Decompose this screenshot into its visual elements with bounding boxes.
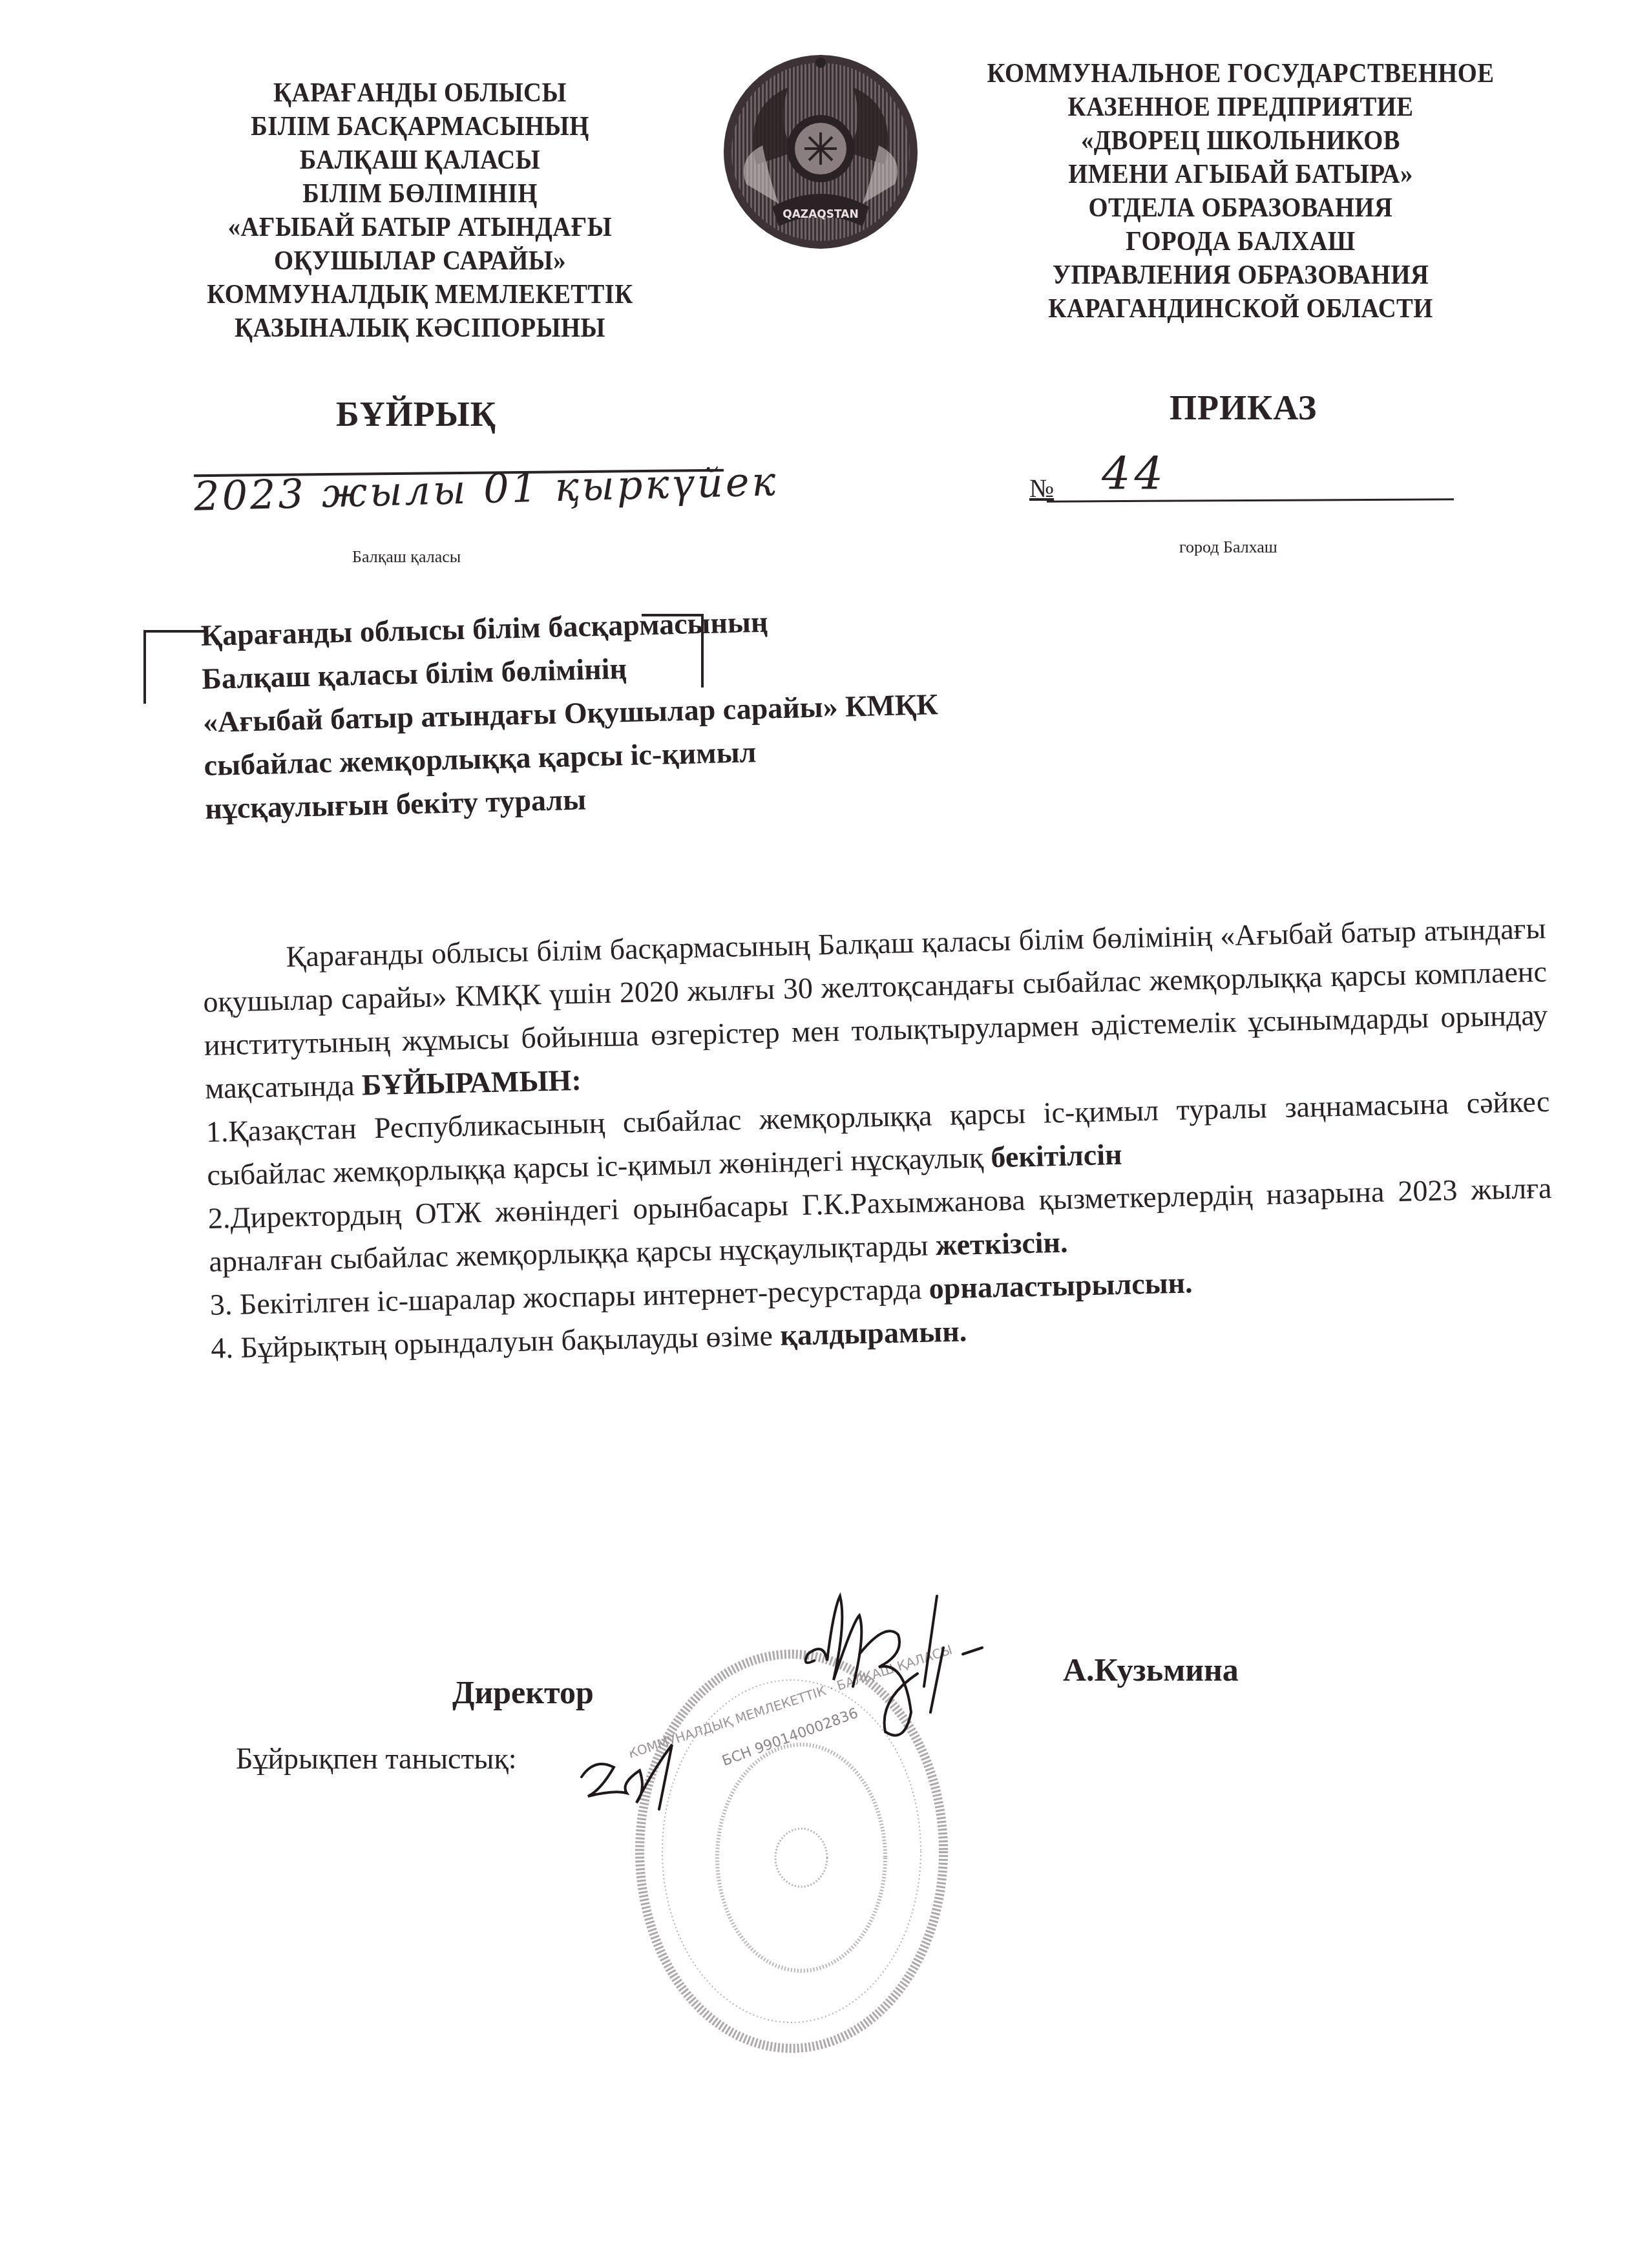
header-right-line: ГОРОДА БАЛХАШ (979, 225, 1502, 258)
order-item-text: 4. Бұйрықтың орындалуын бақылауды өзіме (211, 1319, 773, 1365)
order-title-ru: ПРИКАЗ (1170, 388, 1317, 428)
header-left-line: БАЛҚАШ ҚАЛАСЫ (182, 143, 658, 177)
order-word: БҰЙЫРАМЫН: (361, 1064, 582, 1102)
order-body: Қарағанды облысы білім басқармасының Бал… (202, 907, 1555, 1370)
order-number-handwritten: 44 (1102, 447, 1167, 500)
header-left-line: ҚАЗЫНАЛЫҚ КӘСІПОРЫНЫ (182, 311, 658, 345)
director-signature-icon (788, 1583, 1008, 1816)
order-subject: Қарағанды облысы білім басқармасының Бал… (200, 590, 1175, 830)
number-sign: № (1029, 473, 1054, 503)
order-date-handwritten: 2023 жылы 01 қыркүйек (193, 457, 779, 520)
corner-mark-left (143, 630, 205, 704)
preamble-paragraph: Қарағанды облысы білім басқармасының Бал… (202, 907, 1549, 1110)
director-name: А.Кузьмина (1063, 1651, 1239, 1688)
header-left-line: «АҒЫБАЙ БАТЫР АТЫНДАҒЫ (182, 211, 658, 244)
header-right-line: ОТДЕЛА ОБРАЗОВАНИЯ (979, 191, 1502, 225)
header-right-line: КАЗЕННОЕ ПРЕДПРИЯТИЕ (979, 90, 1502, 124)
header-right-line: ИМЕНИ АГЫБАЙ БАТЫРА» (979, 158, 1502, 191)
header-left-line: ҚАРАҒАНДЫ ОБЛЫСЫ (182, 76, 658, 110)
header-left-line: БІЛІМ БӨЛІМІНІҢ (182, 177, 658, 211)
header-left-line: БІЛІМ БАСҚАРМАСЫНЫҢ (182, 110, 658, 143)
city-ru: город Балхаш (1179, 538, 1277, 557)
order-item-verb: орналастырылсын. (929, 1266, 1193, 1305)
director-label: Директор (452, 1674, 594, 1711)
header-right-ru: КОММУНАЛЬНОЕ ГОСУДАРСТВЕННОЕ КАЗЕННОЕ ПР… (979, 57, 1502, 326)
header-right-line: «ДВОРЕЦ ШКОЛЬНИКОВ (979, 124, 1502, 158)
order-item-verb: жеткізсін. (935, 1226, 1068, 1262)
order-title-kz: БҰЙРЫҚ (336, 394, 496, 434)
header-left-line: КОММУНАЛДЫҚ МЕМЛЕКЕТТІК (182, 278, 658, 311)
header-left-kz: ҚАРАҒАНДЫ ОБЛЫСЫ БІЛІМ БАСҚАРМАСЫНЫҢ БАЛ… (182, 76, 658, 345)
acknowledgement-signature-icon (575, 1732, 717, 1822)
order-item-verb: қалдырамын. (780, 1314, 967, 1352)
header-right-line: УПРАВЛЕНИЯ ОБРАЗОВАНИЯ (979, 258, 1502, 292)
header-right-line: КОММУНАЛЬНОЕ ГОСУДАРСТВЕННОЕ (979, 57, 1502, 90)
header-right-line: КАРАГАНДИНСКОЙ ОБЛАСТИ (979, 292, 1502, 326)
order-item-verb: бекітілсін (991, 1138, 1122, 1174)
city-kz: Балқаш қаласы (352, 547, 461, 567)
acknowledged-label: Бұйрықпен таныстық: (236, 1741, 517, 1776)
svg-text:QAZAQSTAN: QAZAQSTAN (782, 208, 858, 221)
state-emblem-icon: QAZAQSTAN (717, 48, 924, 255)
header-left-line: ОҚУШЫЛАР САРАЙЫ» (182, 244, 658, 278)
